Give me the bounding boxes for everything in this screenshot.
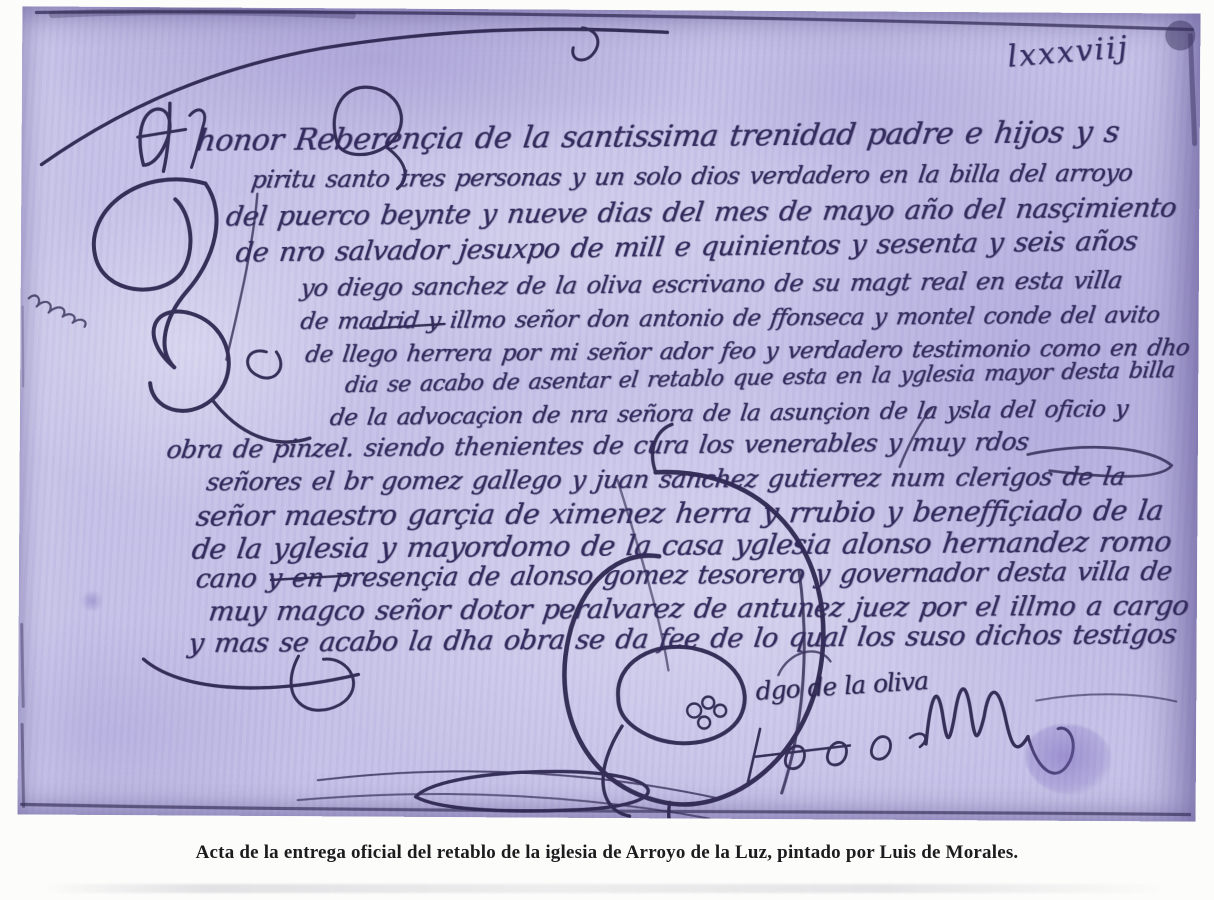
ink-stain <box>79 591 105 611</box>
scan-artifact-streak <box>40 884 1170 893</box>
manuscript-photo: lxxxviij honor Reberençia de la santissi… <box>18 6 1201 821</box>
initial-monogram-flourish <box>137 103 204 171</box>
photo-caption: Acta de la entrega oficial del retablo d… <box>0 842 1214 864</box>
signature-rubric <box>748 651 1177 785</box>
margin-note-scribble <box>29 295 86 326</box>
manuscript-line: señores el br gomez gallego y juan sanch… <box>205 462 1127 497</box>
page-background: lxxxviij honor Reberençia de la santissi… <box>0 0 1214 900</box>
